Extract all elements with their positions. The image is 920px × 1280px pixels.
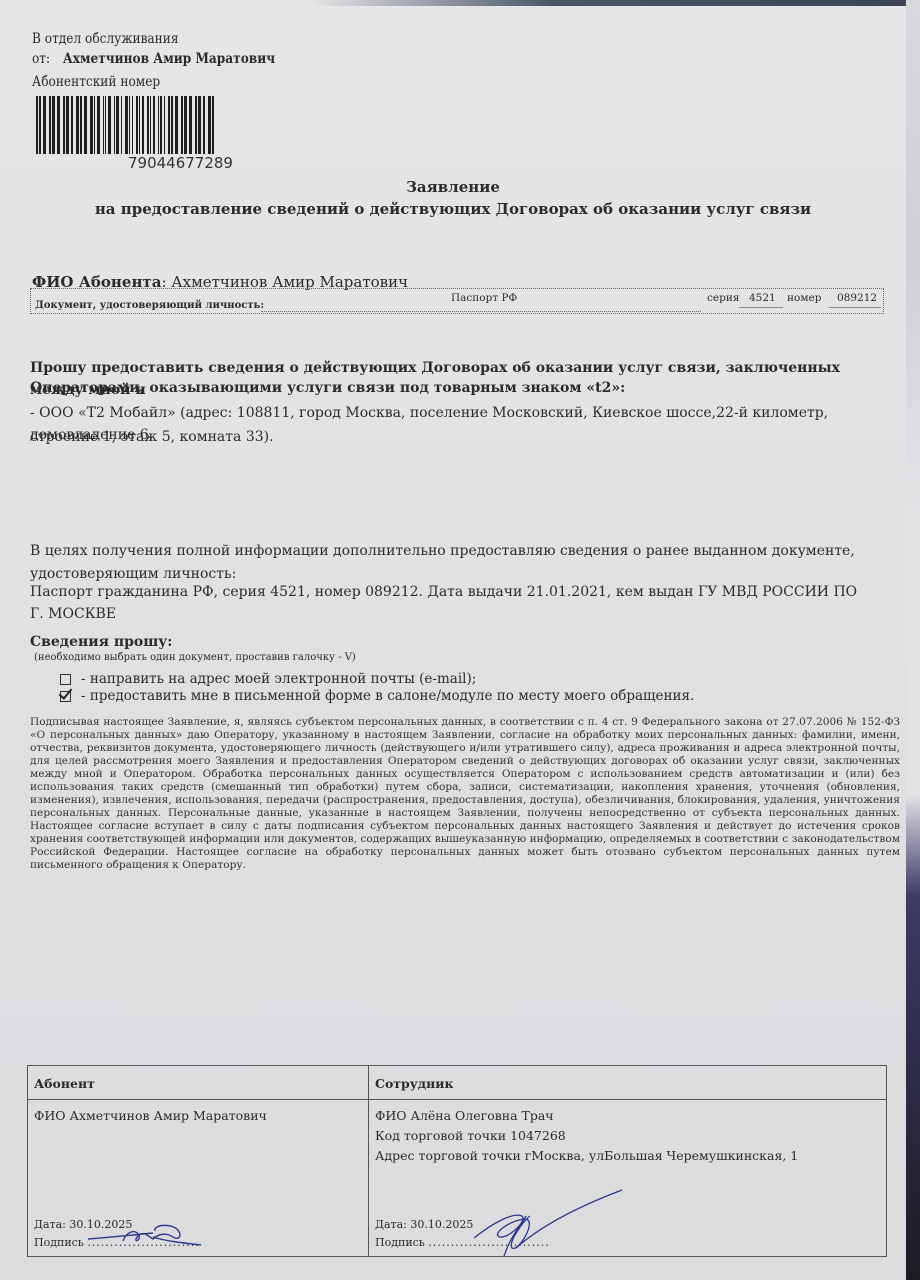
number-label: номер [787, 292, 821, 304]
employee-fio: ФИО Алёна Олеговна Трач [369, 1100, 886, 1126]
document-title: Заявление [0, 178, 906, 196]
series-label: серия [707, 292, 739, 304]
subscriber-sign-line: Подпись ......................... [34, 1236, 200, 1249]
employee-sign-line: Подпись ........................... [375, 1236, 550, 1249]
subscriber-signature-fio: ФИО Ахметчинов Амир Маратович [28, 1100, 368, 1126]
id-document-label: Документ, удостоверяющий личность: [35, 300, 264, 311]
employee-sign-date: Дата: 30.10.2025 [375, 1218, 473, 1231]
id-document-type: Паспорт РФ [451, 292, 517, 304]
delivery-heading: Сведения прошу: [30, 631, 875, 653]
personal-data-consent: Подписывая настоящее Заявление, я, являя… [30, 716, 900, 872]
recipient-department: В отдел обслуживания [32, 31, 179, 47]
id-document-box: Документ, удостоверяющий личность: Паспо… [30, 288, 884, 314]
page-top-edge [310, 0, 920, 6]
option-email[interactable]: - направить на адрес моей электронной по… [60, 671, 476, 687]
passport-details: Паспорт гражданина РФ, серия 4521, номер… [30, 581, 875, 625]
passport-number: 089212 [837, 292, 877, 304]
subscriber-heading: Абонент [28, 1066, 368, 1100]
subscriber-signature-column: Абонент ФИО Ахметчинов Амир Маратович Да… [28, 1066, 369, 1256]
signature-table: Абонент ФИО Ахметчинов Амир Маратович Да… [27, 1065, 887, 1257]
sender-label: от: [32, 51, 50, 67]
checkbox-email[interactable] [60, 674, 71, 685]
subscriber-sign-date: Дата: 30.10.2025 [34, 1218, 132, 1231]
option-in-person-label: - предоставить мне в письменной форме в … [81, 688, 694, 704]
employee-heading: Сотрудник [369, 1066, 886, 1100]
request-line-2: Операторами, оказывающими услуги связи п… [30, 377, 875, 399]
checkbox-in-person-checked[interactable] [60, 691, 71, 702]
option-in-person[interactable]: - предоставить мне в письменной форме в … [60, 688, 694, 704]
barcode-number: 79044677289 [128, 154, 233, 172]
sender-line: от: Ахметчинов Амир Маратович [32, 51, 275, 67]
barcode [36, 96, 318, 154]
sender-name: Ахметчинов Амир Маратович [63, 51, 275, 67]
point-code: Код торговой точки 1047268 [369, 1126, 886, 1146]
delivery-note: (необходимо выбрать один документ, прост… [34, 652, 356, 663]
background-edge [906, 0, 920, 1280]
operator-line-2: строение 1, этаж 5, комната 33). [30, 426, 875, 448]
passport-series: 4521 [749, 292, 776, 304]
additional-line-1: В целях получения полной информации допо… [30, 540, 875, 562]
subscriber-number-label: Абонентский номер [32, 74, 160, 90]
point-address: Адрес торговой точки гМосква, улБольшая … [369, 1146, 886, 1166]
employee-signature-icon [464, 1186, 624, 1261]
document-subtitle: на предоставление сведений о действующих… [0, 200, 906, 218]
application-document: В отдел обслуживания от: Ахметчинов Амир… [0, 0, 906, 1280]
employee-signature-column: Сотрудник ФИО Алёна Олеговна Трач Код то… [369, 1066, 886, 1256]
option-email-label: - направить на адрес моей электронной по… [81, 671, 476, 687]
